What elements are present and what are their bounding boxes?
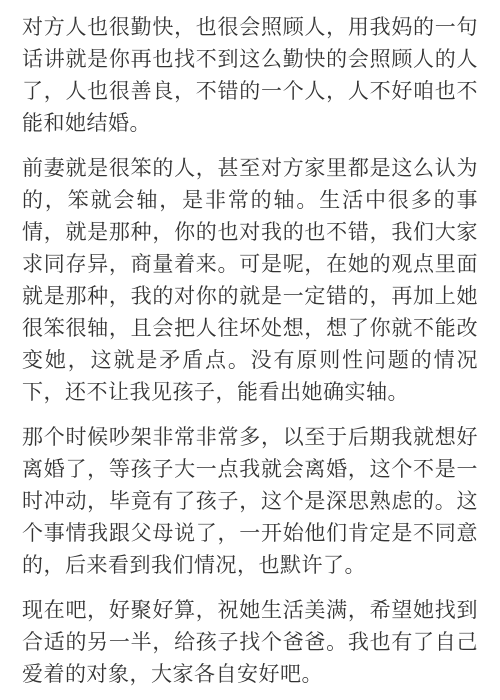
post-body: 对方人也很勤快，也很会照顾人，用我妈的一句话讲就是你再也找不到这么勤快的会照顾人… (0, 0, 500, 700)
post-paragraph-3: 那个时候吵架非常非常多，以至于后期我就想好离婚了，等孩子大一点我就会离婚，这个不… (22, 422, 478, 582)
post-paragraph-4: 现在吧，好聚好算，祝她生活美满，希望她找到合适的另一半，给孩子找个爸爸。我也有了… (22, 595, 478, 691)
post-paragraph-2: 前妻就是很笨的人，甚至对方家里都是这么认为的，笨就会轴，是非常的轴。生活中很多的… (22, 153, 478, 409)
post-paragraph-1: 对方人也很勤快，也很会照顾人，用我妈的一句话讲就是你再也找不到这么勤快的会照顾人… (22, 12, 478, 140)
